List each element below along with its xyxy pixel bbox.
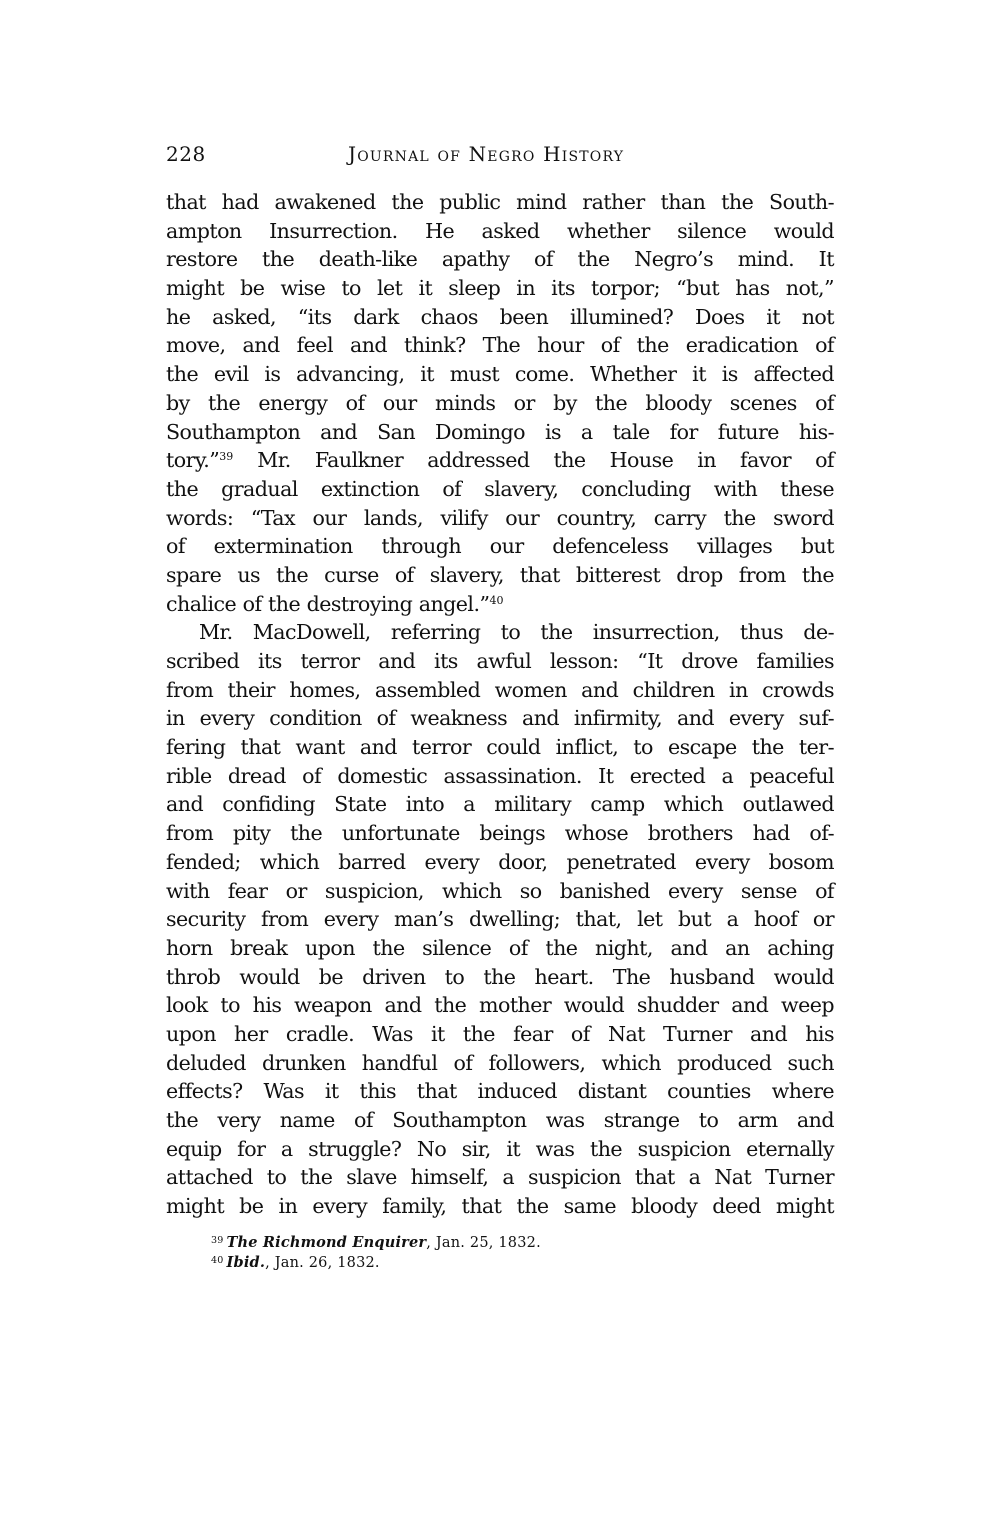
footnote-ref-40[interactable]: 40 — [489, 594, 503, 607]
text-line: fering that want and terror could inflic… — [166, 733, 834, 762]
footnote-40: 40Ibid., Jan. 26, 1832. — [211, 1253, 834, 1273]
line-text: Mr. Faulkner addressed the House in favo… — [233, 448, 834, 472]
text-line: of extermination through our defenceless… — [166, 532, 834, 561]
text-line: effects? Was it this that induced distan… — [166, 1077, 834, 1106]
text-line: might be in every family, that the same … — [166, 1192, 834, 1221]
text-line: with fear or suspicion, which so banishe… — [166, 877, 834, 906]
text-line-with-footnote: tory.”39 Mr. Faulkner addressed the Hous… — [166, 446, 834, 475]
footnote-ref-39[interactable]: 39 — [219, 450, 233, 463]
text-line: Mr. MacDowell, referring to the insurrec… — [166, 618, 834, 647]
text-line: the gradual extinction of slavery, concl… — [166, 475, 834, 504]
text-line: attached to the slave himself, a suspici… — [166, 1163, 834, 1192]
text-line-with-footnote: chalice of the destroying angel.”40 — [166, 590, 834, 619]
paragraph: that had awakened the public mind rather… — [166, 188, 834, 618]
text-line: restore the death-like apathy of the Neg… — [166, 245, 834, 274]
line-text: chalice of the destroying angel.” — [166, 592, 489, 616]
journal-title: Journal of Negro History — [348, 142, 624, 166]
text-line: upon her cradle. Was it the fear of Nat … — [166, 1020, 834, 1049]
footnote-text: , Jan. 25, 1832. — [426, 1235, 541, 1251]
paragraph: Mr. MacDowell, referring to the insurrec… — [166, 618, 834, 1220]
text-line: Southampton and San Domingo is a tale fo… — [166, 418, 834, 447]
text-line: words: “Tax our lands, vilify our countr… — [166, 504, 834, 533]
text-line: he asked, “its dark chaos been illumined… — [166, 303, 834, 332]
text-line: look to his weapon and the mother would … — [166, 991, 834, 1020]
line-text: tory.” — [166, 448, 219, 472]
text-line: spare us the curse of slavery, that bitt… — [166, 561, 834, 590]
page-number: 228 — [166, 142, 206, 166]
text-line: that had awakened the public mind rather… — [166, 188, 834, 217]
text-line: fended; which barred every door, penetra… — [166, 848, 834, 877]
footnote-mark: 39 — [211, 1235, 224, 1246]
text-line: throb would be driven to the heart. The … — [166, 963, 834, 992]
text-line: horn break upon the silence of the night… — [166, 934, 834, 963]
footnotes: 39The Richmond Enquirer, Jan. 25, 1832. … — [166, 1233, 834, 1273]
footnote-source-title: Ibid. — [227, 1254, 266, 1271]
text-line: and confiding State into a military camp… — [166, 790, 834, 819]
text-line: rible dread of domestic assassination. I… — [166, 762, 834, 791]
text-line: deluded drunken handful of followers, wh… — [166, 1049, 834, 1078]
text-line: ampton Insurrection. He asked whether si… — [166, 217, 834, 246]
text-line: by the energy of our minds or by the blo… — [166, 389, 834, 418]
text-line: might be wise to let it sleep in its tor… — [166, 274, 834, 303]
text-line: the evil is advancing, it must come. Whe… — [166, 360, 834, 389]
text-line: the very name of Southampton was strange… — [166, 1106, 834, 1135]
footnote-mark: 40 — [211, 1255, 224, 1266]
text-line: security from every man’s dwelling; that… — [166, 905, 834, 934]
text-line: from pity the unfortunate beings whose b… — [166, 819, 834, 848]
text-line: from their homes, assembled women and ch… — [166, 676, 834, 705]
text-line: equip for a struggle? No sir, it was the… — [166, 1135, 834, 1164]
document-page: 228 Journal of Negro History that had aw… — [166, 140, 834, 1273]
footnote-text: , Jan. 26, 1832. — [265, 1255, 380, 1271]
body-text: that had awakened the public mind rather… — [166, 188, 834, 1221]
text-line: move, and feel and think? The hour of th… — [166, 331, 834, 360]
footnote-source-title: The Richmond Enquirer — [227, 1234, 427, 1251]
footnote-39: 39The Richmond Enquirer, Jan. 25, 1832. — [211, 1233, 834, 1253]
text-line: scribed its terror and its awful lesson:… — [166, 647, 834, 676]
running-head: 228 Journal of Negro History — [166, 140, 834, 180]
text-line: in every condition of weakness and infir… — [166, 704, 834, 733]
